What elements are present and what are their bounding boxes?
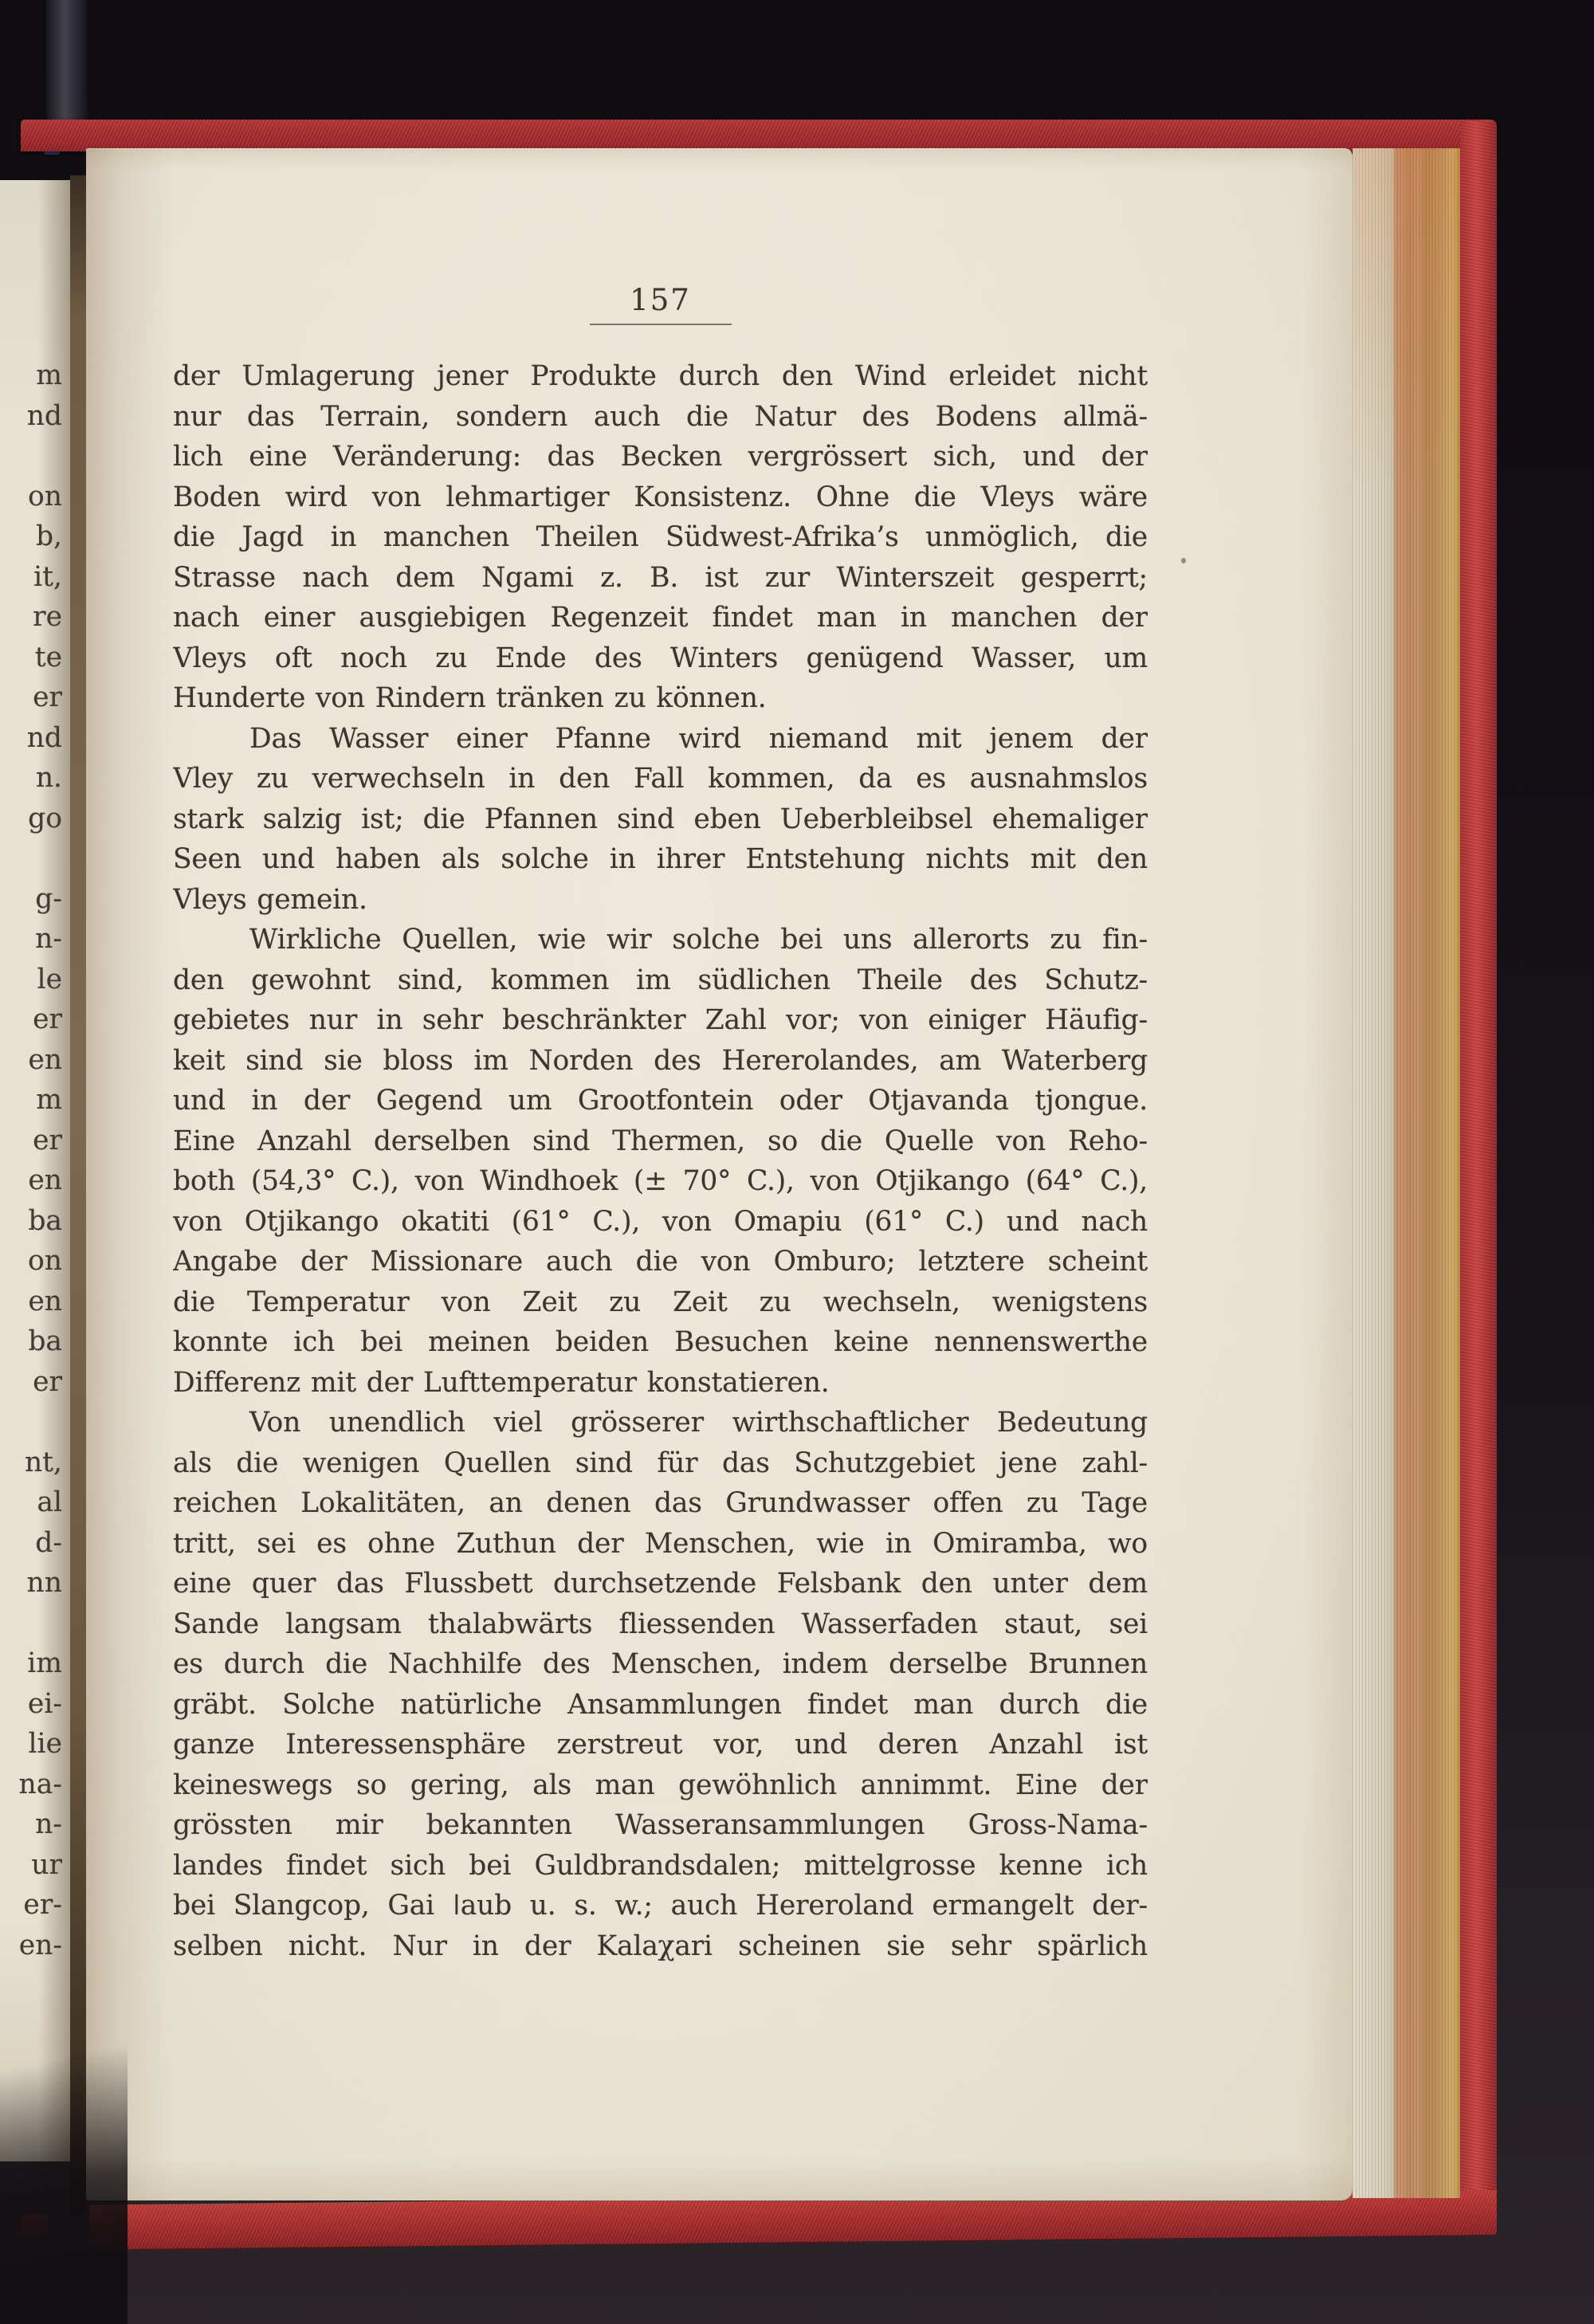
text-line: Das Wasser einer Pfanne wird niemand mit… [173,719,1148,760]
text-line: reichen Lokalitäten, an denen das Grundw… [173,1483,1148,1524]
fore-edge-page-stack [1353,148,1460,2198]
text-line: Sande langsam thalabwärts fliessenden Wa… [173,1604,1148,1645]
facing-page-text-fragment: m [0,1080,70,1121]
facing-page-text-fragment: ba [0,1321,70,1362]
text-line: eine quer das Flussbett durchsetzende Fe… [173,1564,1148,1604]
text-line: tritt, sei es ohne Zuthun der Menschen, … [173,1524,1148,1564]
facing-page-text-fragment: al [0,1482,70,1523]
text-line: both (54,3° C.), von Windhoek (± 70° C.)… [173,1161,1148,1202]
facing-page-text-fragment: er [0,677,70,718]
gutter-shadow [70,175,86,2216]
facing-page-text-fragment: en [0,1160,70,1201]
text-line: von Otjikango okatiti (61° C.), von Omap… [173,1202,1148,1242]
facing-page-text-fragment: nn [0,1563,70,1604]
text-line: Strasse nach dem Ngami z. B. ist zur Win… [173,558,1148,599]
facing-page-text-fragment: m [0,355,70,396]
text-line: Eine Anzahl derselben sind Thermen, so d… [173,1121,1148,1162]
book-scan-photo: mndonb,it,reteerndn.gog-n-leerenmerenbao… [0,0,1594,2324]
text-line: lich eine Veränderung: das Becken vergrö… [173,437,1148,477]
text-block: der Umlagerung jener Produkte durch den … [173,356,1148,1966]
text-line: keineswegs so gering, als man gewöhnlich… [173,1765,1148,1806]
text-line: als die wenigen Quellen sind für das Sch… [173,1443,1148,1484]
facing-page-text-fragment: er [0,1121,70,1161]
text-line: und in der Gegend um Grootfontein oder O… [173,1081,1148,1121]
text-line: grössten mir bekannten Wasseransammlunge… [173,1805,1148,1846]
facing-page-text-fragment: g- [0,879,70,920]
facing-page-text-fragment: en [0,1040,70,1081]
text-line: Angabe der Missionare auch die von Ombur… [173,1242,1148,1282]
text-line: landes findet sich bei Guldbrandsdalen; … [173,1846,1148,1886]
facing-page-text-fragment: nd [0,718,70,759]
bottom-left-shadow [0,2008,128,2324]
text-line: konnte ich bei meinen beiden Besuchen ke… [173,1322,1148,1363]
facing-page-text-fragment: nt, [0,1443,70,1483]
facing-page-text-fragment: te [0,638,70,678]
red-cover-right-edge [1460,121,1497,2235]
text-line: keit sind sie bloss im Norden des Herero… [173,1041,1148,1082]
facing-page-text-fragment: en [0,1282,70,1322]
text-line: Wirkliche Quellen, wie wir solche bei un… [173,920,1148,960]
text-line: selben nicht. Nur in der Kalaχari schein… [173,1926,1148,1967]
paper-speck [1181,558,1186,563]
text-line: gräbt. Solche natürliche Ansammlungen fi… [173,1685,1148,1725]
facing-page-text-fragment: na- [0,1765,70,1805]
text-line: Seen und haben als solche in ihrer Entst… [173,839,1148,880]
facing-page-text-fragment: b, [0,516,70,557]
text-line: stark salzig ist; die Pfannen sind eben … [173,799,1148,840]
facing-page-text-fragment: ei- [0,1684,70,1725]
text-line: Vleys oft noch zu Ende des Winters genüg… [173,638,1148,679]
facing-page-text-fragment: n. [0,758,70,799]
facing-page-text-fragment: er- [0,1885,70,1926]
page-number-rule [590,324,732,325]
facing-page-text-fragment: go [0,799,70,839]
facing-page-text-fragment: lie [0,1724,70,1765]
facing-page-text-fragment: im [0,1643,70,1684]
facing-page-text-fragment: en- [0,1926,70,1966]
page-number: 157 [630,283,691,317]
facing-page-text-fragment: er [0,999,70,1040]
red-cover-top-edge [21,120,1497,151]
text-line: den gewohnt sind, kommen im südlichen Th… [173,960,1148,1001]
text-line: der Umlagerung jener Produkte durch den … [173,356,1148,397]
text-line: Von unendlich viel grösserer wirthschaft… [173,1403,1148,1443]
text-line: bei Slangcop, Gai ǀaub u. s. w.; auch He… [173,1886,1148,1926]
facing-page-text-fragment: re [0,597,70,638]
book-page: 157 der Umlagerung jener Produkte durch … [86,148,1353,2200]
text-line: es durch die Nachhilfe des Menschen, ind… [173,1644,1148,1685]
facing-page-text-fragment: n- [0,919,70,960]
text-line: Vley zu verwechseln in den Fall kommen, … [173,759,1148,799]
text-line: nach einer ausgiebigen Regenzeit findet … [173,598,1148,638]
cover-edge-shadow-strip [46,0,88,128]
facing-page-text-fragment: on [0,477,70,517]
text-line: die Jagd in manchen Theilen Südwest-Afri… [173,517,1148,558]
page-header: 157 [173,283,1148,325]
facing-page-text-fragment: n- [0,1804,70,1845]
text-line: die Temperatur von Zeit zu Zeit zu wechs… [173,1282,1148,1323]
facing-page-text-fragment: ur [0,1845,70,1886]
text-line: Boden wird von lehmartiger Konsistenz. O… [173,477,1148,518]
text-line: nur das Terrain, sondern auch die Natur … [173,397,1148,438]
text-line: Vleys gemein. [173,880,1148,921]
facing-page-text-fragment: on [0,1241,70,1282]
facing-page-text-fragment: d- [0,1523,70,1564]
text-line: Differenz mit der Lufttemperatur konstat… [173,1363,1148,1403]
facing-page-text-fragment: nd [0,396,70,437]
facing-page-text-fragment: er [0,1362,70,1403]
text-line: ganze Interessensphäre zerstreut vor, un… [173,1725,1148,1765]
facing-page-fragments: mndonb,it,reteerndn.gog-n-leerenmerenbao… [0,180,70,2161]
facing-page-text-fragment: le [0,960,70,1000]
text-line: gebietes nur in sehr beschränkter Zahl v… [173,1000,1148,1041]
text-line: Hunderte von Rindern tränken zu können. [173,678,1148,719]
facing-page-text-fragment: ba [0,1201,70,1242]
facing-page-text-fragment: it, [0,557,70,598]
